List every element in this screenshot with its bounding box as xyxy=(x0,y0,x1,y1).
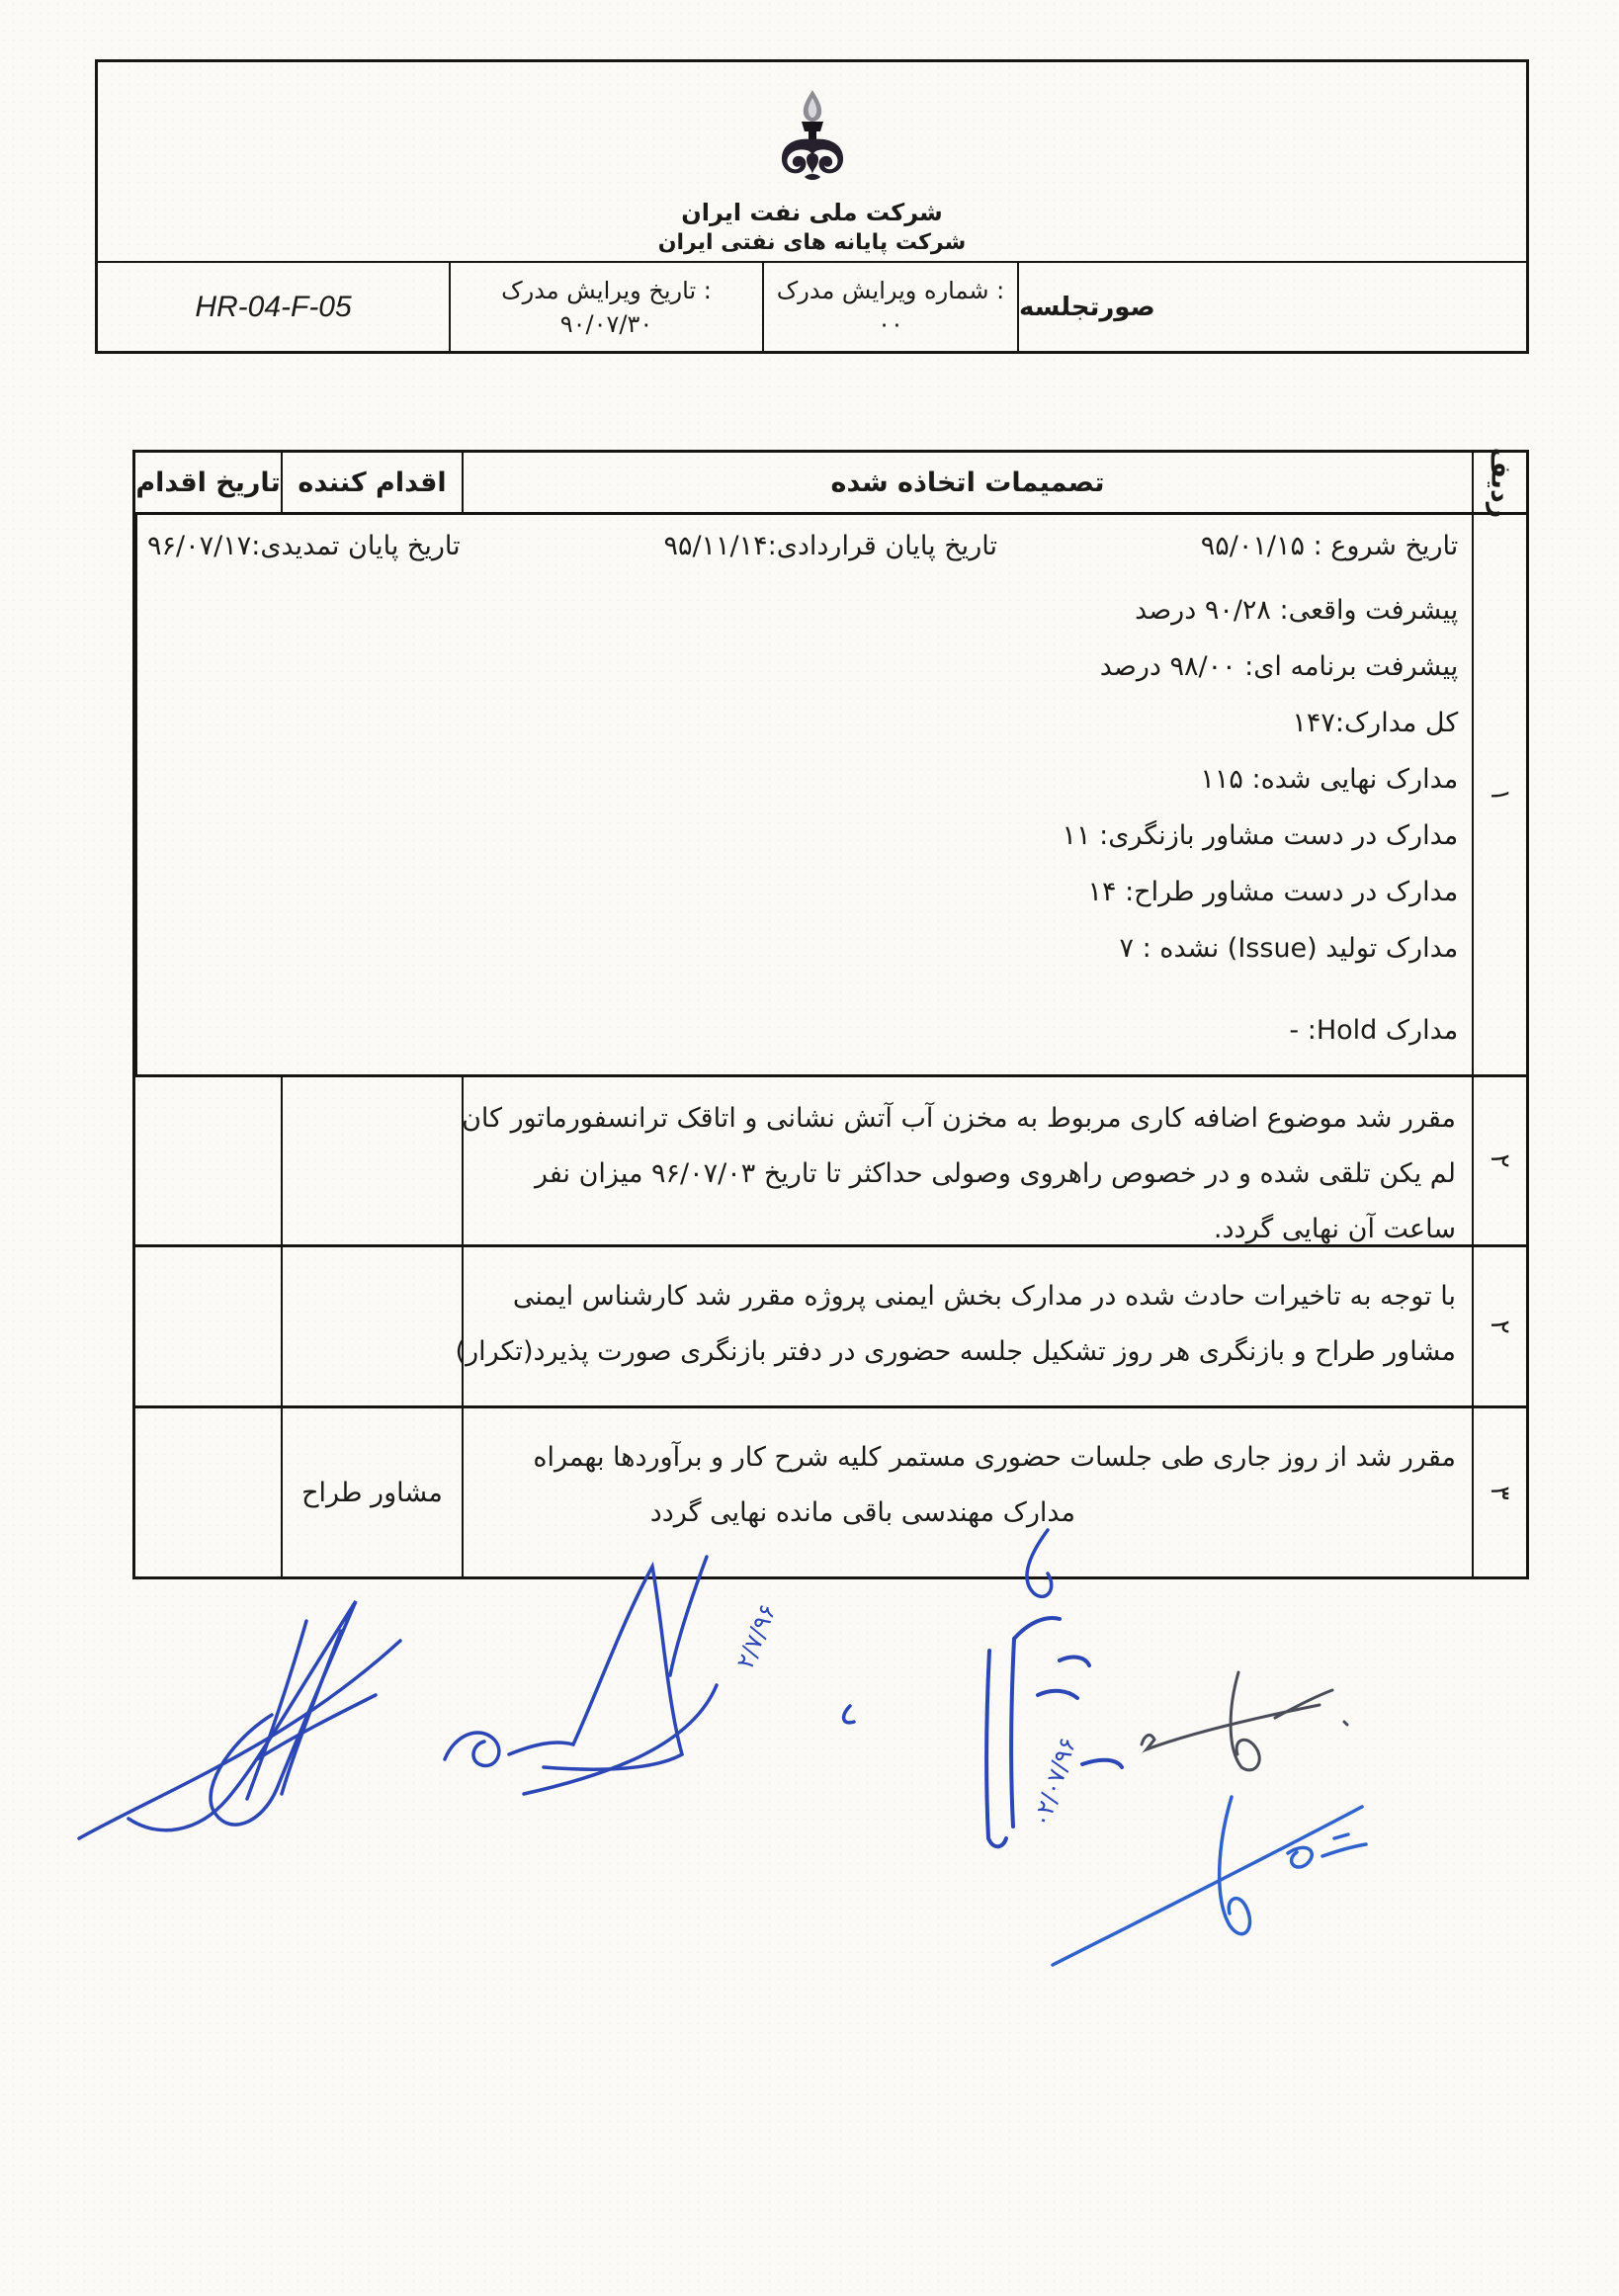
row-2-action-date xyxy=(135,1077,281,1244)
table-header-row: ردیف تصمیمات اتخاذه شده اقدام کننده تاری… xyxy=(135,453,1526,515)
row-3-number: ۲ xyxy=(1472,1247,1526,1405)
edit-date-value: ۹۰/۰۷/۳۰ xyxy=(560,307,653,341)
row-2-line-2: لم یکن تلقی شده و در خصوص راهروی وصولی ح… xyxy=(477,1147,1456,1202)
signature-2 xyxy=(445,1557,717,1794)
finalized-documents: مدارک نهایی شده: ۱۱۵ xyxy=(147,751,1458,808)
col-header-decisions: تصمیمات اتخاذه شده xyxy=(462,453,1472,512)
decisions-table: ردیف تصمیمات اتخاذه شده اقدام کننده تاری… xyxy=(132,450,1529,1579)
row-2-line-1: مقرر شد موضوع اضافه کاری مربوط به مخزن آ… xyxy=(477,1091,1456,1147)
row-no-label: ردیف xyxy=(1485,447,1515,518)
table-row-1: ۱ تاریخ شروع : ۹۵/۰۱/۱۵ تاریخ پایان قرار… xyxy=(135,515,1526,1077)
signature-6 xyxy=(1053,1797,1366,1965)
header-box: شرکت ملی نفت ایران شرکت پایانه های نفتی … xyxy=(95,59,1529,354)
row-3-decisions: با توجه به تاخیرات حادث شده در مدارک بخش… xyxy=(462,1247,1472,1405)
planned-progress: پیشرفت برنامه ای: ۹۸/۰۰ درصد xyxy=(147,638,1458,695)
row-1-number: ۱ xyxy=(1472,515,1526,1074)
org-name-secondary: شرکت پایانه های نفتی ایران xyxy=(98,230,1526,255)
signature-3-curl xyxy=(844,1530,1052,1723)
edit-date-label: تاریخ ویرایش مدرک : xyxy=(501,274,712,307)
signature-5 xyxy=(1142,1672,1347,1770)
row-1-dates-line: تاریخ شروع : ۹۵/۰۱/۱۵ تاریخ پایان قراردا… xyxy=(147,531,1458,582)
signature-2-date-note: ۲/۷/۹۶ xyxy=(731,1600,782,1672)
edit-date-cell: تاریخ ویرایش مدرک : ۹۰/۰۷/۳۰ xyxy=(451,263,764,351)
row-3-line-1: با توجه به تاخیرات حادث شده در مدارک بخش… xyxy=(477,1269,1456,1324)
row-3-line-2: مشاور طراح و بازنگری هر روز تشکیل جلسه ح… xyxy=(477,1324,1456,1380)
row-2-action-by xyxy=(281,1077,462,1244)
signatures-area: ۲/۷/۹۶ ۰۲/۰۷/۹۶ xyxy=(59,1512,1522,1987)
docs-on-hold: مدارک Hold: - xyxy=(147,1002,1458,1059)
docs-with-design-consultant: مدارک در دست مشاور طراح: ۱۴ xyxy=(147,864,1458,920)
nioc-logo-icon xyxy=(777,88,848,199)
edit-number-label: شماره ویرایش مدرک : xyxy=(777,274,1004,307)
row-4-line-1: مقرر شد از روز جاری طی جلسات حضوری مستمر… xyxy=(477,1430,1456,1486)
row-3-action-by xyxy=(281,1247,462,1405)
row-1-decisions: تاریخ شروع : ۹۵/۰۱/۱۵ تاریخ پایان قراردا… xyxy=(135,515,1472,1074)
docs-with-review-consultant: مدارک در دست مشاور بازنگری: ۱۱ xyxy=(147,808,1458,864)
logo-area: شرکت ملی نفت ایران شرکت پایانه های نفتی … xyxy=(98,62,1526,264)
edit-number-value: ۰۰ xyxy=(878,307,903,341)
contract-end-date: تاریخ پایان قراردادی:۹۵/۱۱/۱۴ xyxy=(663,531,997,561)
col-header-row-no: ردیف xyxy=(1472,453,1526,512)
table-row-3: ۲ با توجه به تاخیرات حادث شده در مدارک ب… xyxy=(135,1247,1526,1408)
edit-number-cell: شماره ویرایش مدرک : ۰۰ xyxy=(764,263,1019,351)
table-row-2: ۲ مقرر شد موضوع اضافه کاری مربوط به مخزن… xyxy=(135,1077,1526,1247)
actual-progress: پیشرفت واقعی: ۹۰/۲۸ درصد xyxy=(147,582,1458,638)
form-code: HR-04-F-05 xyxy=(98,263,451,351)
row-3-action-date xyxy=(135,1247,281,1405)
start-date: تاریخ شروع : ۹۵/۰۱/۱۵ xyxy=(1201,531,1458,561)
org-name-primary: شرکت ملی نفت ایران xyxy=(98,199,1526,226)
col-header-action-date: تاریخ اقدام xyxy=(135,453,281,512)
col-header-action-by: اقدام کننده xyxy=(281,453,462,512)
row-2-decisions: مقرر شد موضوع اضافه کاری مربوط به مخزن آ… xyxy=(462,1077,1472,1244)
docs-not-issued: مدارک تولید (Issue) نشده : ۷ xyxy=(147,920,1458,977)
header-form-row: HR-04-F-05 تاریخ ویرایش مدرک : ۹۰/۰۷/۳۰ … xyxy=(98,261,1526,351)
scanned-meeting-minutes-page: شرکت ملی نفت ایران شرکت پایانه های نفتی … xyxy=(0,0,1619,2296)
total-documents: کل مدارک:۱۴۷ xyxy=(147,695,1458,751)
document-title: صورتجلسه xyxy=(1019,263,1526,351)
extended-end-date: تاریخ پایان تمدیدی:۹۶/۰۷/۱۷ xyxy=(147,531,461,561)
row-2-number: ۲ xyxy=(1472,1077,1526,1244)
signature-4-date-note: ۰۲/۰۷/۹۶ xyxy=(1027,1734,1082,1830)
signature-1 xyxy=(79,1601,400,1838)
